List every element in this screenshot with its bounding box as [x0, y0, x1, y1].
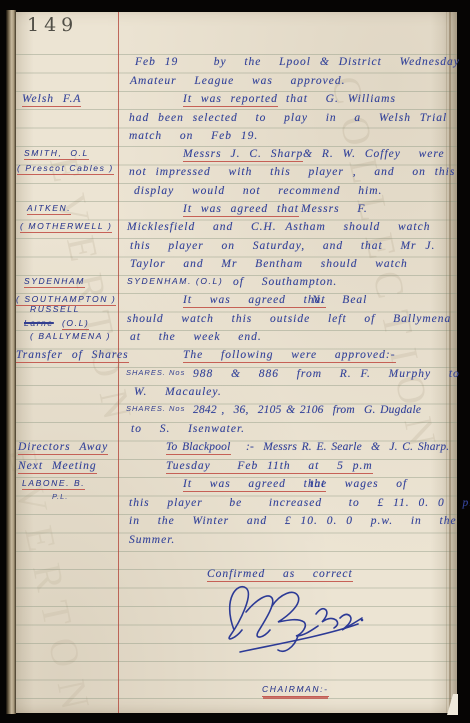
handwriting-text: display would not recommend him. [134, 185, 382, 197]
handwriting-text: The following were approved:- [183, 349, 396, 363]
handwriting-text: Messrs J. C. Sharp [183, 148, 303, 162]
margin-note: ( MOTHERWELL ) [20, 221, 112, 233]
handwriting-text: & R. W. Coffey were [303, 148, 445, 160]
handwriting-text: Tuesday Feb 11th at 5 p.m [166, 460, 373, 474]
minute-book-photo: EVERTON COLLECTION EVERTON 149Feb 19 by … [0, 0, 470, 723]
handwriting-text: at the week end. [130, 331, 262, 343]
margin-note: Larne [24, 318, 54, 328]
chairman-signature [212, 578, 370, 668]
handwriting-text: SHARES. Nos [126, 404, 185, 413]
handwriting-text: Summer. [129, 534, 175, 546]
handwriting-text: to S. Isenwater. [131, 423, 245, 435]
margin-note: Next Meeting [18, 460, 97, 474]
margin-note: Directors Away [18, 441, 108, 455]
handwriting-text: in the Winter and £ 10. 0. 0 p.w. in the [129, 515, 457, 527]
handwriting-text: not impressed with this player , and on … [129, 166, 455, 178]
handwriting-text: 2842 , 36, 2105 & 2106 from G. Dugdale [193, 404, 421, 416]
handwriting-text: Taylor and Mr Bentham should watch [130, 258, 408, 270]
handwriting-text: match on Feb 19. [129, 130, 258, 142]
handwriting-text: SYDENHAM. (O.L) [127, 276, 223, 286]
handwriting-text: had been selected to play in a Welsh Tri… [129, 112, 447, 124]
margin-note: LABONE. B. [22, 478, 85, 490]
handwriting-text: Micklesfield and C.H. Astham should watc… [127, 221, 430, 233]
margin-note: ( Prescot Cables ) [17, 163, 114, 175]
margin-note: RUSSELL [30, 304, 80, 314]
margin-note: Transfer of Shares [16, 349, 129, 363]
handwriting-text: of Southampton. [233, 276, 337, 288]
handwriting-text: 988 & 886 from R. F. Murphy to [193, 368, 460, 380]
handwriting-text: Feb 19 by the Lpool & District Wednesday [135, 56, 460, 68]
handwriting-text: N. Beal [312, 294, 367, 306]
handwriting-text: It was agreed that [183, 203, 299, 217]
margin-note: Welsh F.A [22, 93, 81, 107]
handwriting-text: that G. Williams [286, 93, 396, 105]
margin-note: AITKEN. [27, 203, 71, 215]
handwriting-text: To Blackpool [166, 441, 231, 455]
handwriting-text: It was reported [183, 93, 278, 107]
handwriting-text: should watch this outside left of Ballym… [127, 313, 451, 325]
handwriting-text: :- Messrs R. E. Searle & J. C. Sharp. [246, 441, 449, 453]
handwriting-text: It was agreed that [183, 478, 326, 492]
page-number: 149 [27, 14, 78, 36]
handwriting-text: Messrs F. [301, 203, 368, 215]
margin-note: SMITH, O.L [24, 148, 89, 160]
handwriting-text: W. Macauley. [134, 386, 222, 398]
margin-note: P.L. [52, 492, 68, 501]
chairman-label: CHAIRMAN:- [262, 684, 329, 697]
handwriting-text: It was agreed that [183, 294, 326, 308]
handwriting-text: the wages of [310, 478, 407, 490]
handwriting-text: this player on Saturday, and that Mr J. [130, 240, 435, 252]
margin-note: ( BALLYMENA ) [30, 331, 111, 341]
handwriting-text: SHARES. Nos [126, 368, 185, 377]
margin-note: (O.L) [62, 318, 89, 330]
handwriting-text: Amateur League was approved. [130, 75, 346, 87]
handwriting-text: this player be increased to £ 11. 0. 0 p… [129, 497, 470, 509]
margin-note: SYDENHAM [24, 276, 85, 288]
